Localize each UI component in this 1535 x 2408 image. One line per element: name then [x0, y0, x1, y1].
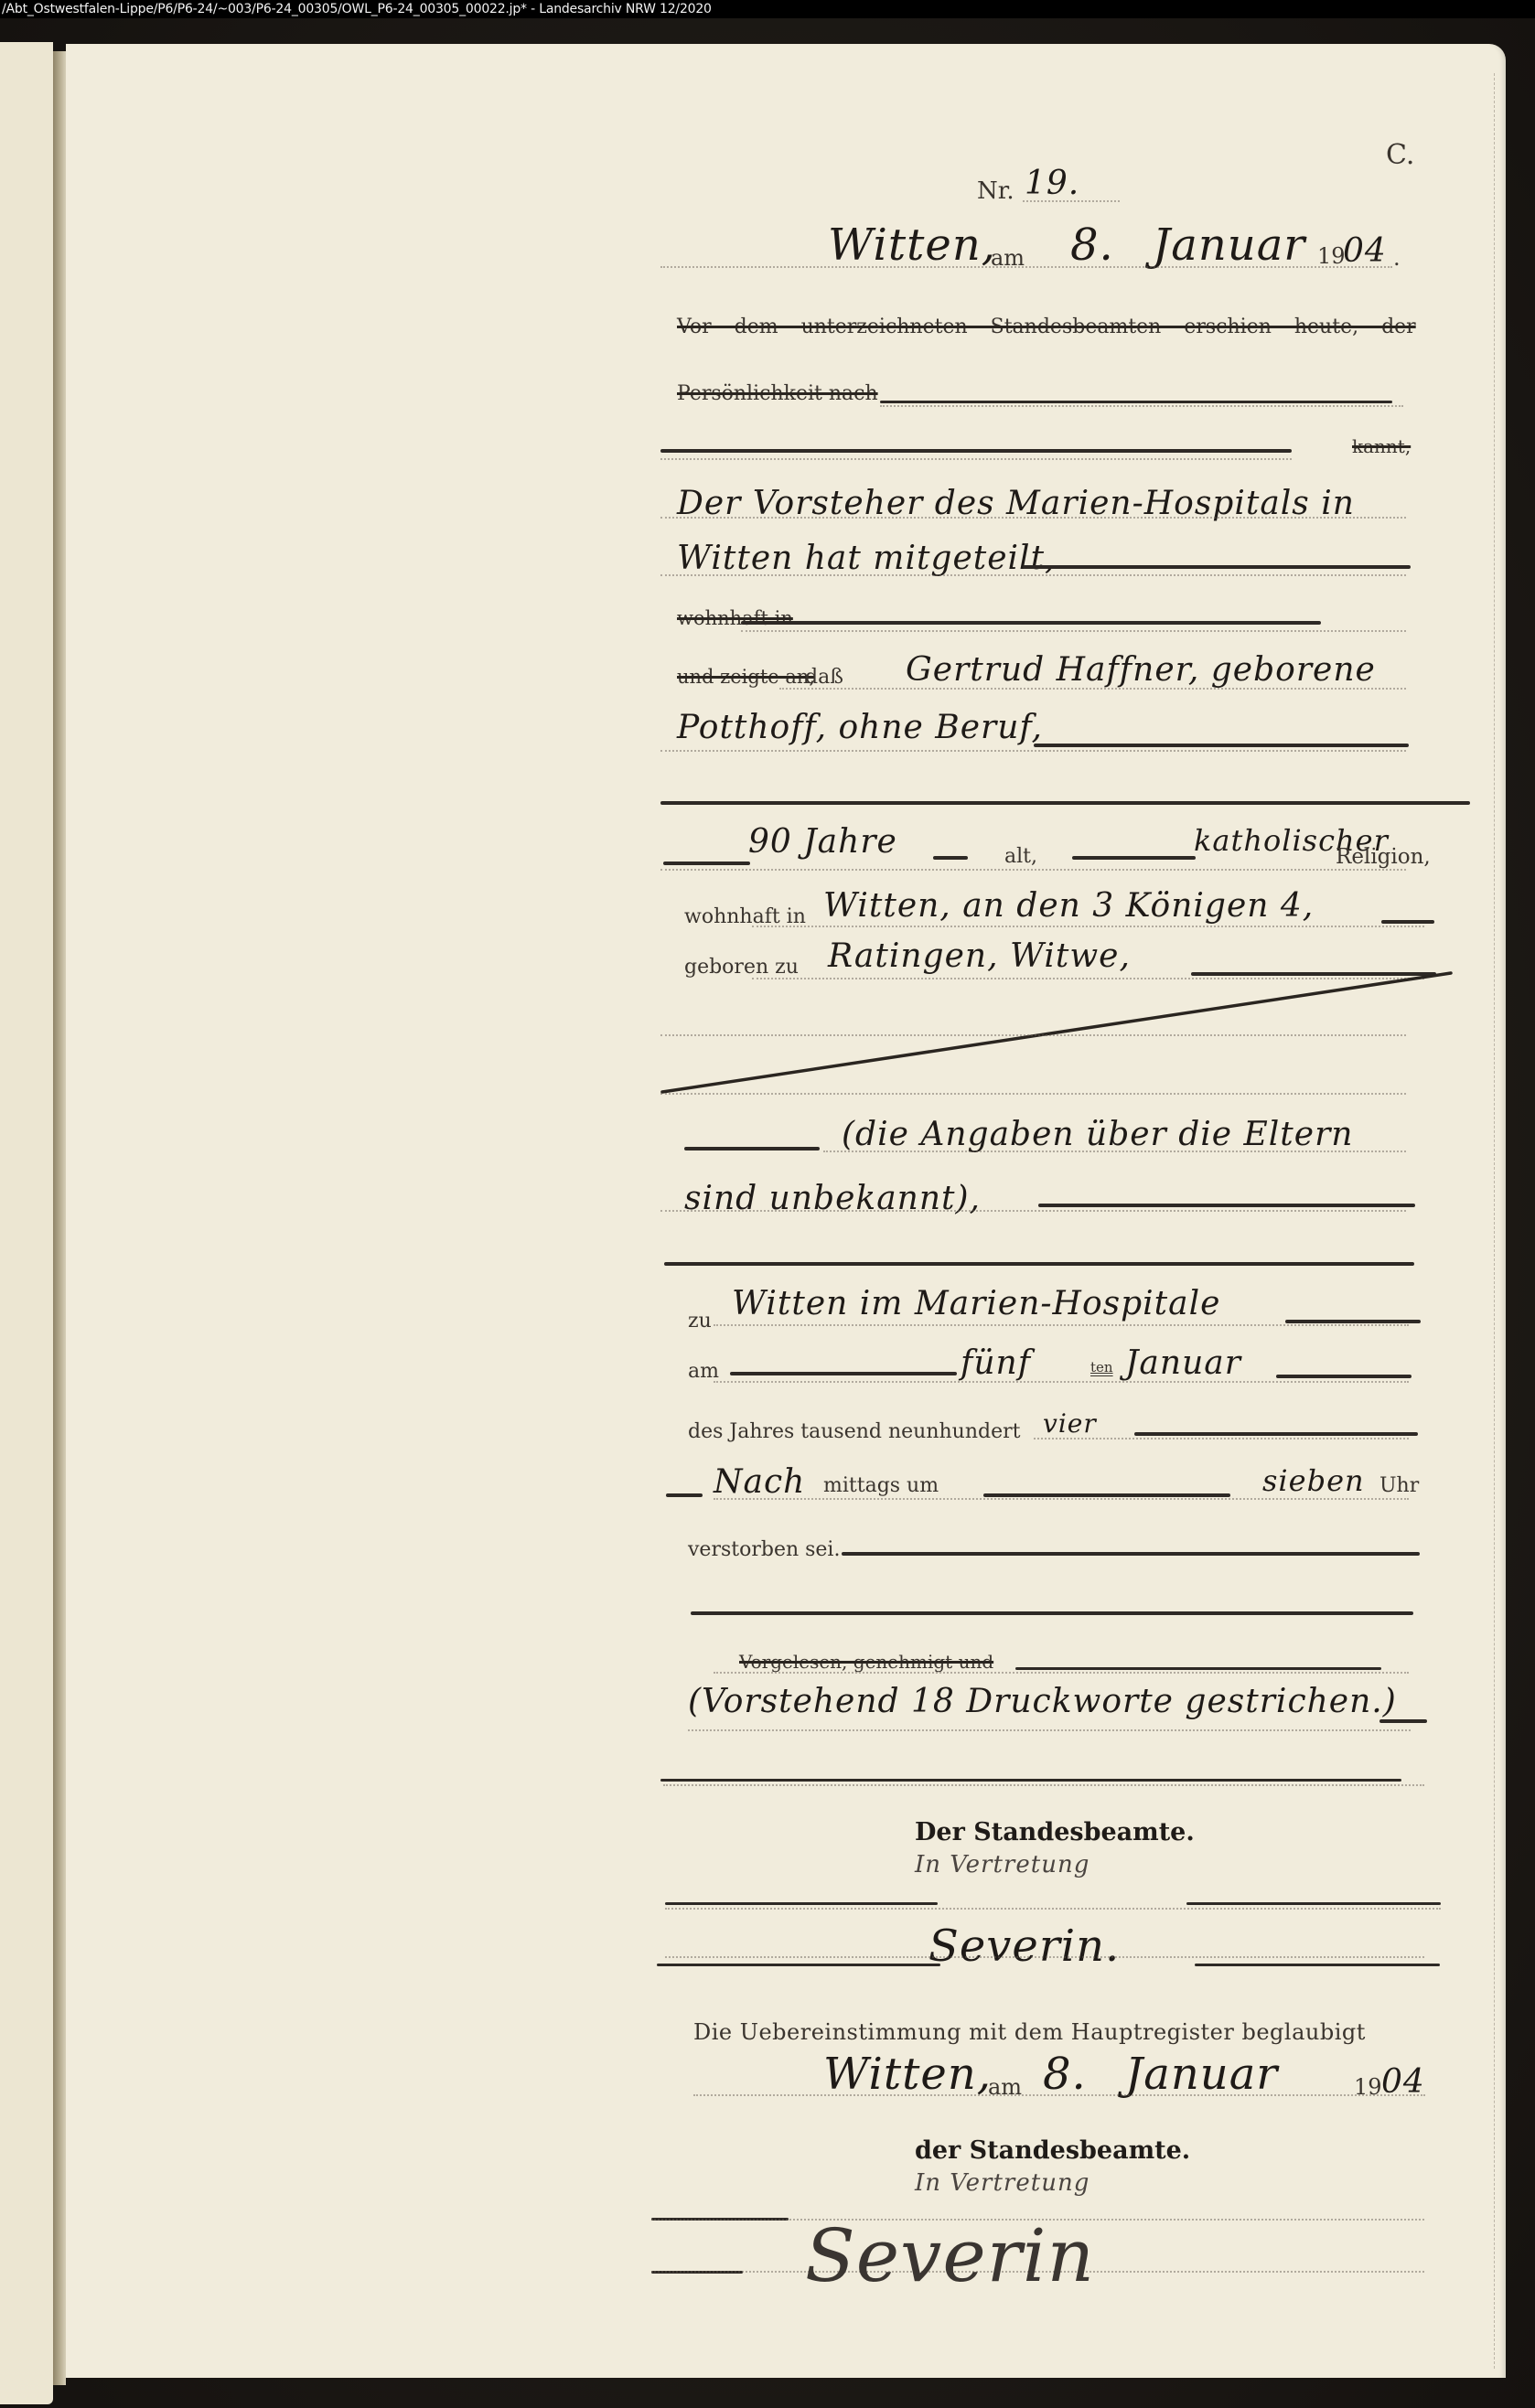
date-dotted-line [660, 266, 1392, 268]
dotted-line [823, 1150, 1406, 1152]
certification-text: Die Uebereinstimmung mit dem Hauptregist… [693, 2019, 1366, 2045]
certifying-signature: Severin [805, 2213, 1095, 2298]
dotted-line [665, 1908, 1441, 1910]
fill-rule [1034, 744, 1409, 747]
death-year-label: des Jahres tausend neunhundert [688, 1420, 1020, 1443]
informant-line-2: Witten hat mitgeteilt, [677, 540, 1056, 577]
fill-rule [1023, 565, 1411, 569]
fill-rule [684, 1147, 820, 1150]
age-label: alt, [1004, 845, 1037, 868]
struck-wohnhaft: wohnhaft in [677, 607, 793, 629]
window-title: /Abt_Ostwestfalen-Lippe/P6/P6-24/~003/P6… [2, 2, 712, 16]
fill-rule [1038, 1204, 1415, 1207]
fill-rule [1381, 920, 1434, 924]
death-month-value: Januar [1125, 1344, 1241, 1382]
dotted-line [779, 688, 1406, 690]
dass-label: daß [805, 666, 843, 689]
fill-rule [1186, 1902, 1441, 1905]
fill-rule [1134, 1432, 1418, 1436]
fill-rule [657, 1964, 940, 1966]
fill-rule [741, 621, 1321, 625]
fill-rule [842, 1552, 1420, 1556]
registrar-signature: Severin. [929, 1921, 1120, 1972]
struck-intro-line-1: Vor dem unterzeichneten Standesbeamten e… [677, 316, 1416, 338]
fill-rule [660, 1779, 1401, 1782]
window-title-bar: /Abt_Ostwestfalen-Lippe/P6/P6-24/~003/P6… [0, 0, 1535, 18]
registrar-title: Der Standesbeamte. [915, 1818, 1195, 1846]
fill-rule [730, 1372, 957, 1375]
diagonal-cancel-line [659, 969, 1454, 1097]
death-time-label: mittags um [823, 1474, 939, 1497]
death-day-value: fünf [961, 1344, 1031, 1382]
dotted-line [660, 574, 1406, 576]
dotted-line [693, 2094, 1425, 2096]
dotted-line [741, 630, 1406, 632]
dotted-line [752, 926, 1424, 927]
fill-rule [983, 1493, 1230, 1497]
cert-month: Januar [1125, 2049, 1278, 2100]
fill-rule [660, 801, 1470, 805]
fill-rule [1285, 1320, 1421, 1323]
age-value: 90 Jahre [748, 823, 897, 861]
month: Januar [1153, 219, 1305, 271]
page-edge-stitching [1494, 73, 1504, 2369]
struck-intro-line-3: kannt, [1352, 435, 1411, 457]
struck-zeigte-an: und zeigte an, [677, 666, 815, 688]
death-day-suffix: ten [1090, 1359, 1113, 1375]
death-time-unit: Uhr [1379, 1474, 1419, 1497]
cert-place: Witten, [823, 2049, 992, 2100]
fill-rule [691, 1611, 1413, 1615]
dotted-line [1034, 1438, 1409, 1439]
dotted-line [660, 1210, 1406, 1212]
fill-rule [1015, 1667, 1381, 1670]
fill-rule [1276, 1375, 1412, 1378]
cert-day: 8. [1043, 2049, 1087, 2100]
residence-value: Witten, an den 3 Königen 4, [823, 887, 1314, 925]
fill-rule [1072, 856, 1196, 860]
book-gutter [53, 51, 66, 2385]
dotted-line [660, 1034, 1406, 1036]
fill-rule [663, 862, 750, 865]
deceased-label: verstorben sei. [688, 1538, 840, 1561]
certifying-registrar-title: der Standesbeamte. [915, 2136, 1190, 2165]
dotted-line [714, 1672, 1409, 1674]
dotted-line [660, 517, 1406, 519]
religion-label: Religion, [1336, 845, 1431, 869]
dotted-line [660, 458, 1292, 460]
parents-line-1: (die Angaben über die Eltern [842, 1116, 1353, 1153]
number-label: Nr. [977, 177, 1014, 205]
death-time-prefix: Nach [714, 1463, 805, 1501]
dotted-line [714, 1381, 1409, 1383]
facing-page-edge [0, 42, 53, 2404]
death-time-value: sieben [1262, 1463, 1365, 1498]
number-dotted-line [1023, 200, 1120, 202]
form-letter: C. [1386, 139, 1414, 171]
fill-rule [933, 856, 968, 860]
dotted-line [714, 1324, 1409, 1326]
dotted-line [714, 1498, 1409, 1500]
fill-rule [666, 1493, 703, 1497]
fill-rule [1379, 1719, 1427, 1723]
number-value: 19. [1025, 165, 1079, 202]
note: (Vorstehend 18 Druckworte gestrichen.) [688, 1683, 1397, 1720]
death-year-value: vier [1043, 1408, 1097, 1439]
deputy-note: In Vertretung [915, 1851, 1090, 1878]
certifying-deputy-note: In Vertretung [915, 2169, 1090, 2197]
dotted-line [880, 405, 1403, 407]
struck-vorgelesen: Vorgelesen, genehmigt und [739, 1651, 993, 1673]
dotted-line [688, 1729, 1411, 1731]
dotted-line [660, 869, 1406, 871]
death-place-value: Witten im Marien-Hospitale [732, 1285, 1220, 1322]
fill-rule [1195, 1964, 1440, 1966]
dotted-line [663, 1784, 1424, 1786]
dotted-line [665, 1956, 1424, 1958]
death-day-label: am [688, 1360, 719, 1383]
place: Witten, [828, 219, 996, 271]
death-place-label: zu [688, 1310, 712, 1332]
fill-rule [665, 1902, 938, 1905]
strike-rule [880, 401, 1392, 403]
strike-rule [660, 449, 1292, 453]
year-prefix: 19 [1317, 243, 1346, 269]
deceased-line-1: Gertrud Haffner, geborene [906, 651, 1376, 689]
dotted-line [660, 1093, 1406, 1095]
deceased-line-2: Potthoff, ohne Beruf, [677, 709, 1043, 746]
date-period: . [1393, 245, 1401, 271]
struck-intro-line-2: Persönlichkeit nach [677, 382, 878, 405]
day: 8. [1070, 219, 1114, 271]
fill-rule [664, 1262, 1414, 1266]
dotted-line [660, 750, 1406, 752]
year-suffix: 04 [1343, 232, 1387, 270]
